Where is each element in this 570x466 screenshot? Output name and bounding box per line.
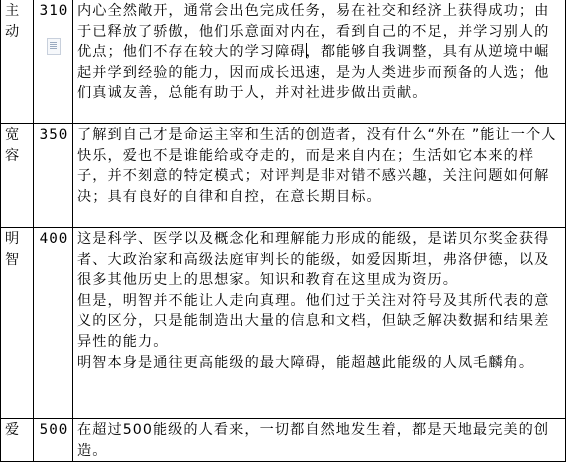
level-value: 310 (40, 3, 69, 19)
description-text: 在超过500能级的人看来，一切都自然地发生着，都是天地最完美的创造。 (77, 420, 563, 461)
level-value-cell[interactable]: 310 (34, 0, 73, 124)
level-value: 400 (40, 231, 69, 247)
description-cell[interactable]: 这是科学、医学以及概念化和理解能力形成的能级，是诺贝尔奖金获得者、大政治家和高级… (73, 228, 566, 419)
description-text: 了解到自己才是命运主宰和生活的创造者，没有什么“外在 ”能让一个人快乐，爱也不是… (77, 125, 563, 207)
table-row: 宽容 350 了解到自己才是命运主宰和生活的创造者，没有什么“外在 ”能让一个人… (1, 124, 566, 228)
description-cell[interactable]: 了解到自己才是命运主宰和生活的创造者，没有什么“外在 ”能让一个人快乐，爱也不是… (73, 124, 566, 228)
description-paragraph: 明智本身是通往更高能级的最大障碍，能超越此能级的人凤毛麟角。 (77, 353, 563, 374)
document-icon[interactable] (47, 38, 61, 55)
level-name-cell[interactable]: 宽容 (1, 124, 34, 228)
description-cell[interactable]: 在超过500能级的人看来，一切都自然地发生着，都是天地最完美的创造。 (73, 419, 566, 462)
level-value: 500 (40, 422, 69, 438)
description-cell[interactable]: 内心全然敞开，通常会出色完成任务，易在社交和经济上获得成功；由于已释放了骄傲，他… (73, 0, 566, 124)
level-name-cell[interactable]: 主动 (1, 0, 34, 124)
document-page: 主动 310 内心全然敞开，通常会出色完成任务，易在社交和经济上获得成功；由于已… (0, 0, 566, 462)
level-name: 主动 (5, 3, 20, 40)
description-paragraph: 这是科学、医学以及概念化和理解能力形成的能级，是诺贝尔奖金获得者、大政治家和高级… (77, 229, 563, 291)
table-row: 主动 310 内心全然敞开，通常会出色完成任务，易在社交和经济上获得成功；由于已… (1, 0, 566, 124)
table-row: 爱 500 在超过500能级的人看来，一切都自然地发生着，都是天地最完美的创造。 (1, 419, 566, 462)
consciousness-levels-table: 主动 310 内心全然敞开，通常会出色完成任务，易在社交和经济上获得成功；由于已… (0, 0, 566, 462)
level-name: 爱 (5, 422, 20, 438)
level-value-cell[interactable]: 500 (34, 419, 73, 462)
level-value: 350 (40, 127, 69, 143)
description-paragraph: 但是，明智并不能让人走向真理。他们过于关注对符号及其所代表的意义的区分，只是能制… (77, 291, 563, 353)
level-name-cell[interactable]: 明智 (1, 228, 34, 419)
level-value-cell[interactable]: 400 (34, 228, 73, 419)
level-name: 明智 (5, 231, 20, 268)
level-value-cell[interactable]: 350 (34, 124, 73, 228)
level-name-cell[interactable]: 爱 (1, 419, 34, 462)
table-row: 明智 400 这是科学、医学以及概念化和理解能力形成的能级，是诺贝尔奖金获得者、… (1, 228, 566, 419)
level-name: 宽容 (5, 127, 20, 164)
